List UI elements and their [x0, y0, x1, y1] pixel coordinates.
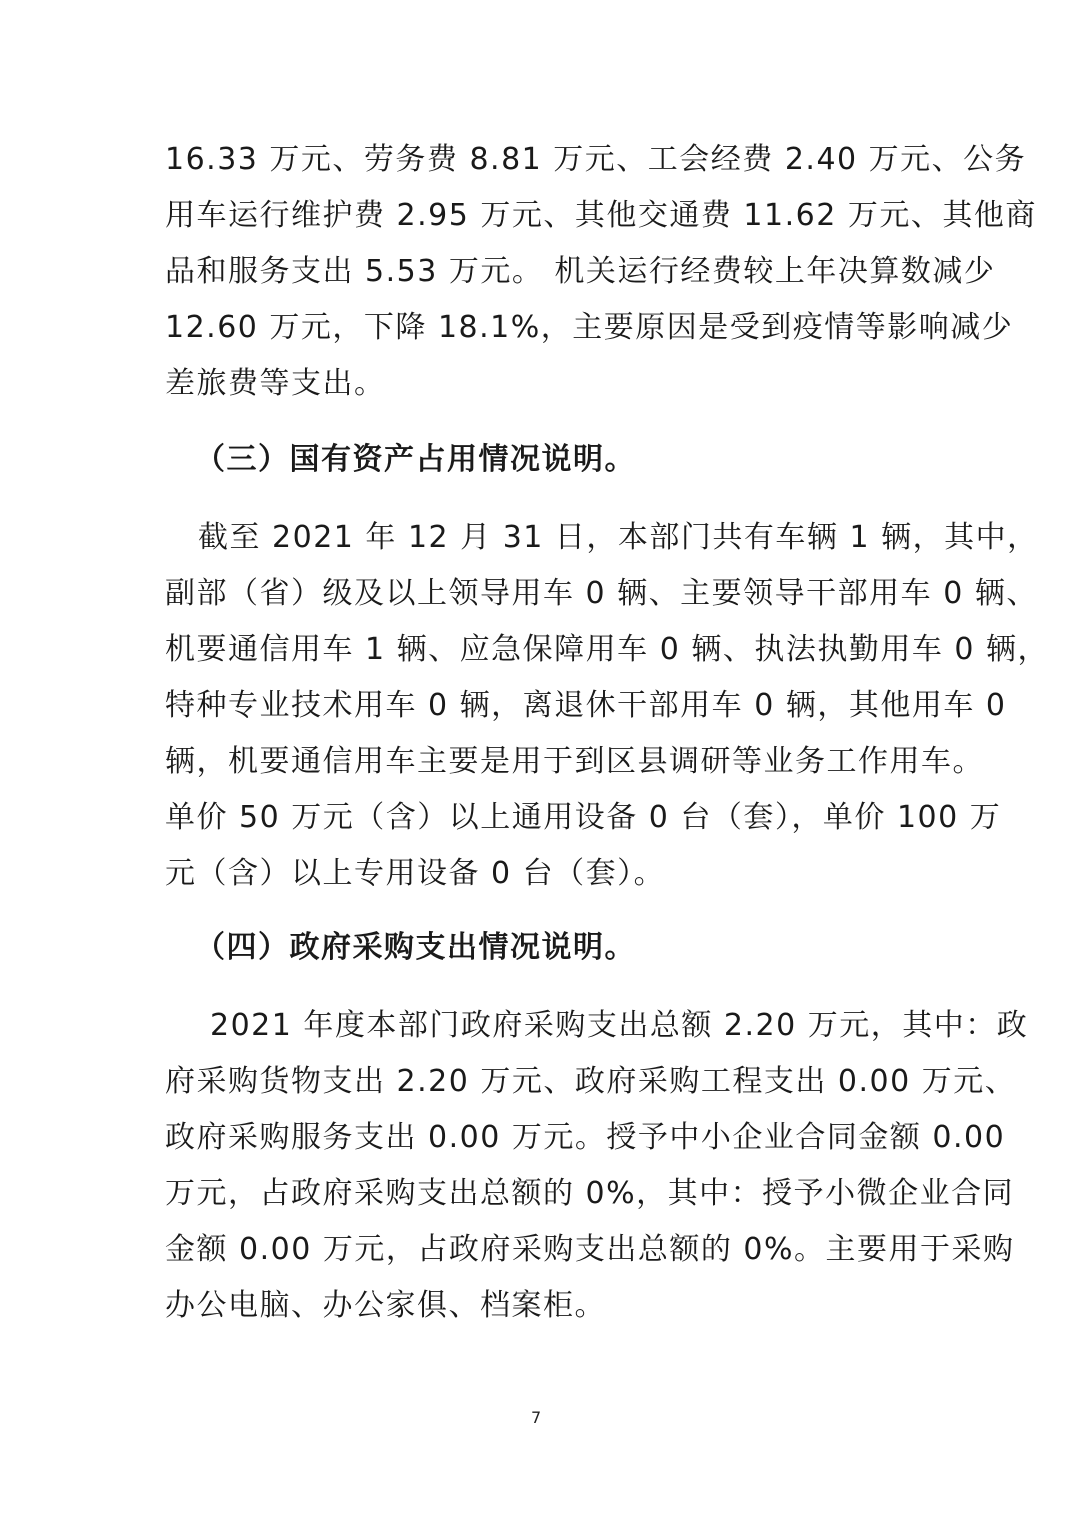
document-page: 16.33 万元、劳务费 8.81 万元、工会经费 2.40 万元、公务 用车运… [0, 0, 1074, 1520]
paragraph-2-line-5: 辆，机要通信用车主要是用于到区县调研等业务工作用车。 [165, 742, 984, 782]
paragraph-1-line-4: 12.60 万元，下降 18.1%，主要原因是受到疫情等影响减少 [165, 308, 1013, 348]
paragraph-3-line-5: 金额 0.00 万元，占政府采购支出总额的 0%。主要用于采购 [165, 1230, 1015, 1270]
paragraph-2-line-1: 截至 2021 年 12 月 31 日，本部门共有车辆 1 辆，其中， [198, 518, 1039, 558]
paragraph-3-line-3: 政府采购服务支出 0.00 万元。授予中小企业合同金额 0.00 [165, 1118, 1005, 1158]
paragraph-1-line-3: 品和服务支出 5.53 万元。 机关运行经费较上年决算数减少 [165, 252, 995, 292]
paragraph-3-line-4: 万元，占政府采购支出总额的 0%，其中：授予小微企业合同 [165, 1174, 1014, 1214]
page-number: 7 [531, 1408, 541, 1427]
section-heading-4: （四）政府采购支出情况说明。 [195, 928, 636, 968]
paragraph-1-line-2: 用车运行维护费 2.95 万元、其他交通费 11.62 万元、其他商 [165, 196, 1037, 236]
paragraph-3-line-2: 府采购货物支出 2.20 万元、政府采购工程支出 0.00 万元、 [165, 1062, 1016, 1102]
paragraph-3-line-1: 2021 年度本部门政府采购支出总额 2.20 万元，其中：政 [210, 1006, 1028, 1046]
section-heading-3: （三）国有资产占用情况说明。 [195, 440, 636, 480]
paragraph-1-line-5: 差旅费等支出。 [165, 364, 386, 404]
paragraph-2-line-4: 特种专业技术用车 0 辆，离退休干部用车 0 辆，其他用车 0 [165, 686, 1006, 726]
paragraph-1-line-1: 16.33 万元、劳务费 8.81 万元、工会经费 2.40 万元、公务 [165, 140, 1026, 180]
paragraph-2-line-7: 元（含）以上专用设备 0 台（套）。 [165, 854, 665, 894]
paragraph-2-line-3: 机要通信用车 1 辆、应急保障用车 0 辆、执法执勤用车 0 辆， [165, 630, 1049, 670]
paragraph-2-line-6: 单价 50 万元（含）以上通用设备 0 台（套），单价 100 万 [165, 798, 1001, 838]
paragraph-2-line-2: 副部（省）级及以上领导用车 0 辆、主要领导干部用车 0 辆、 [165, 574, 1038, 614]
paragraph-3-line-6: 办公电脑、办公家俱、档案柜。 [165, 1286, 606, 1326]
